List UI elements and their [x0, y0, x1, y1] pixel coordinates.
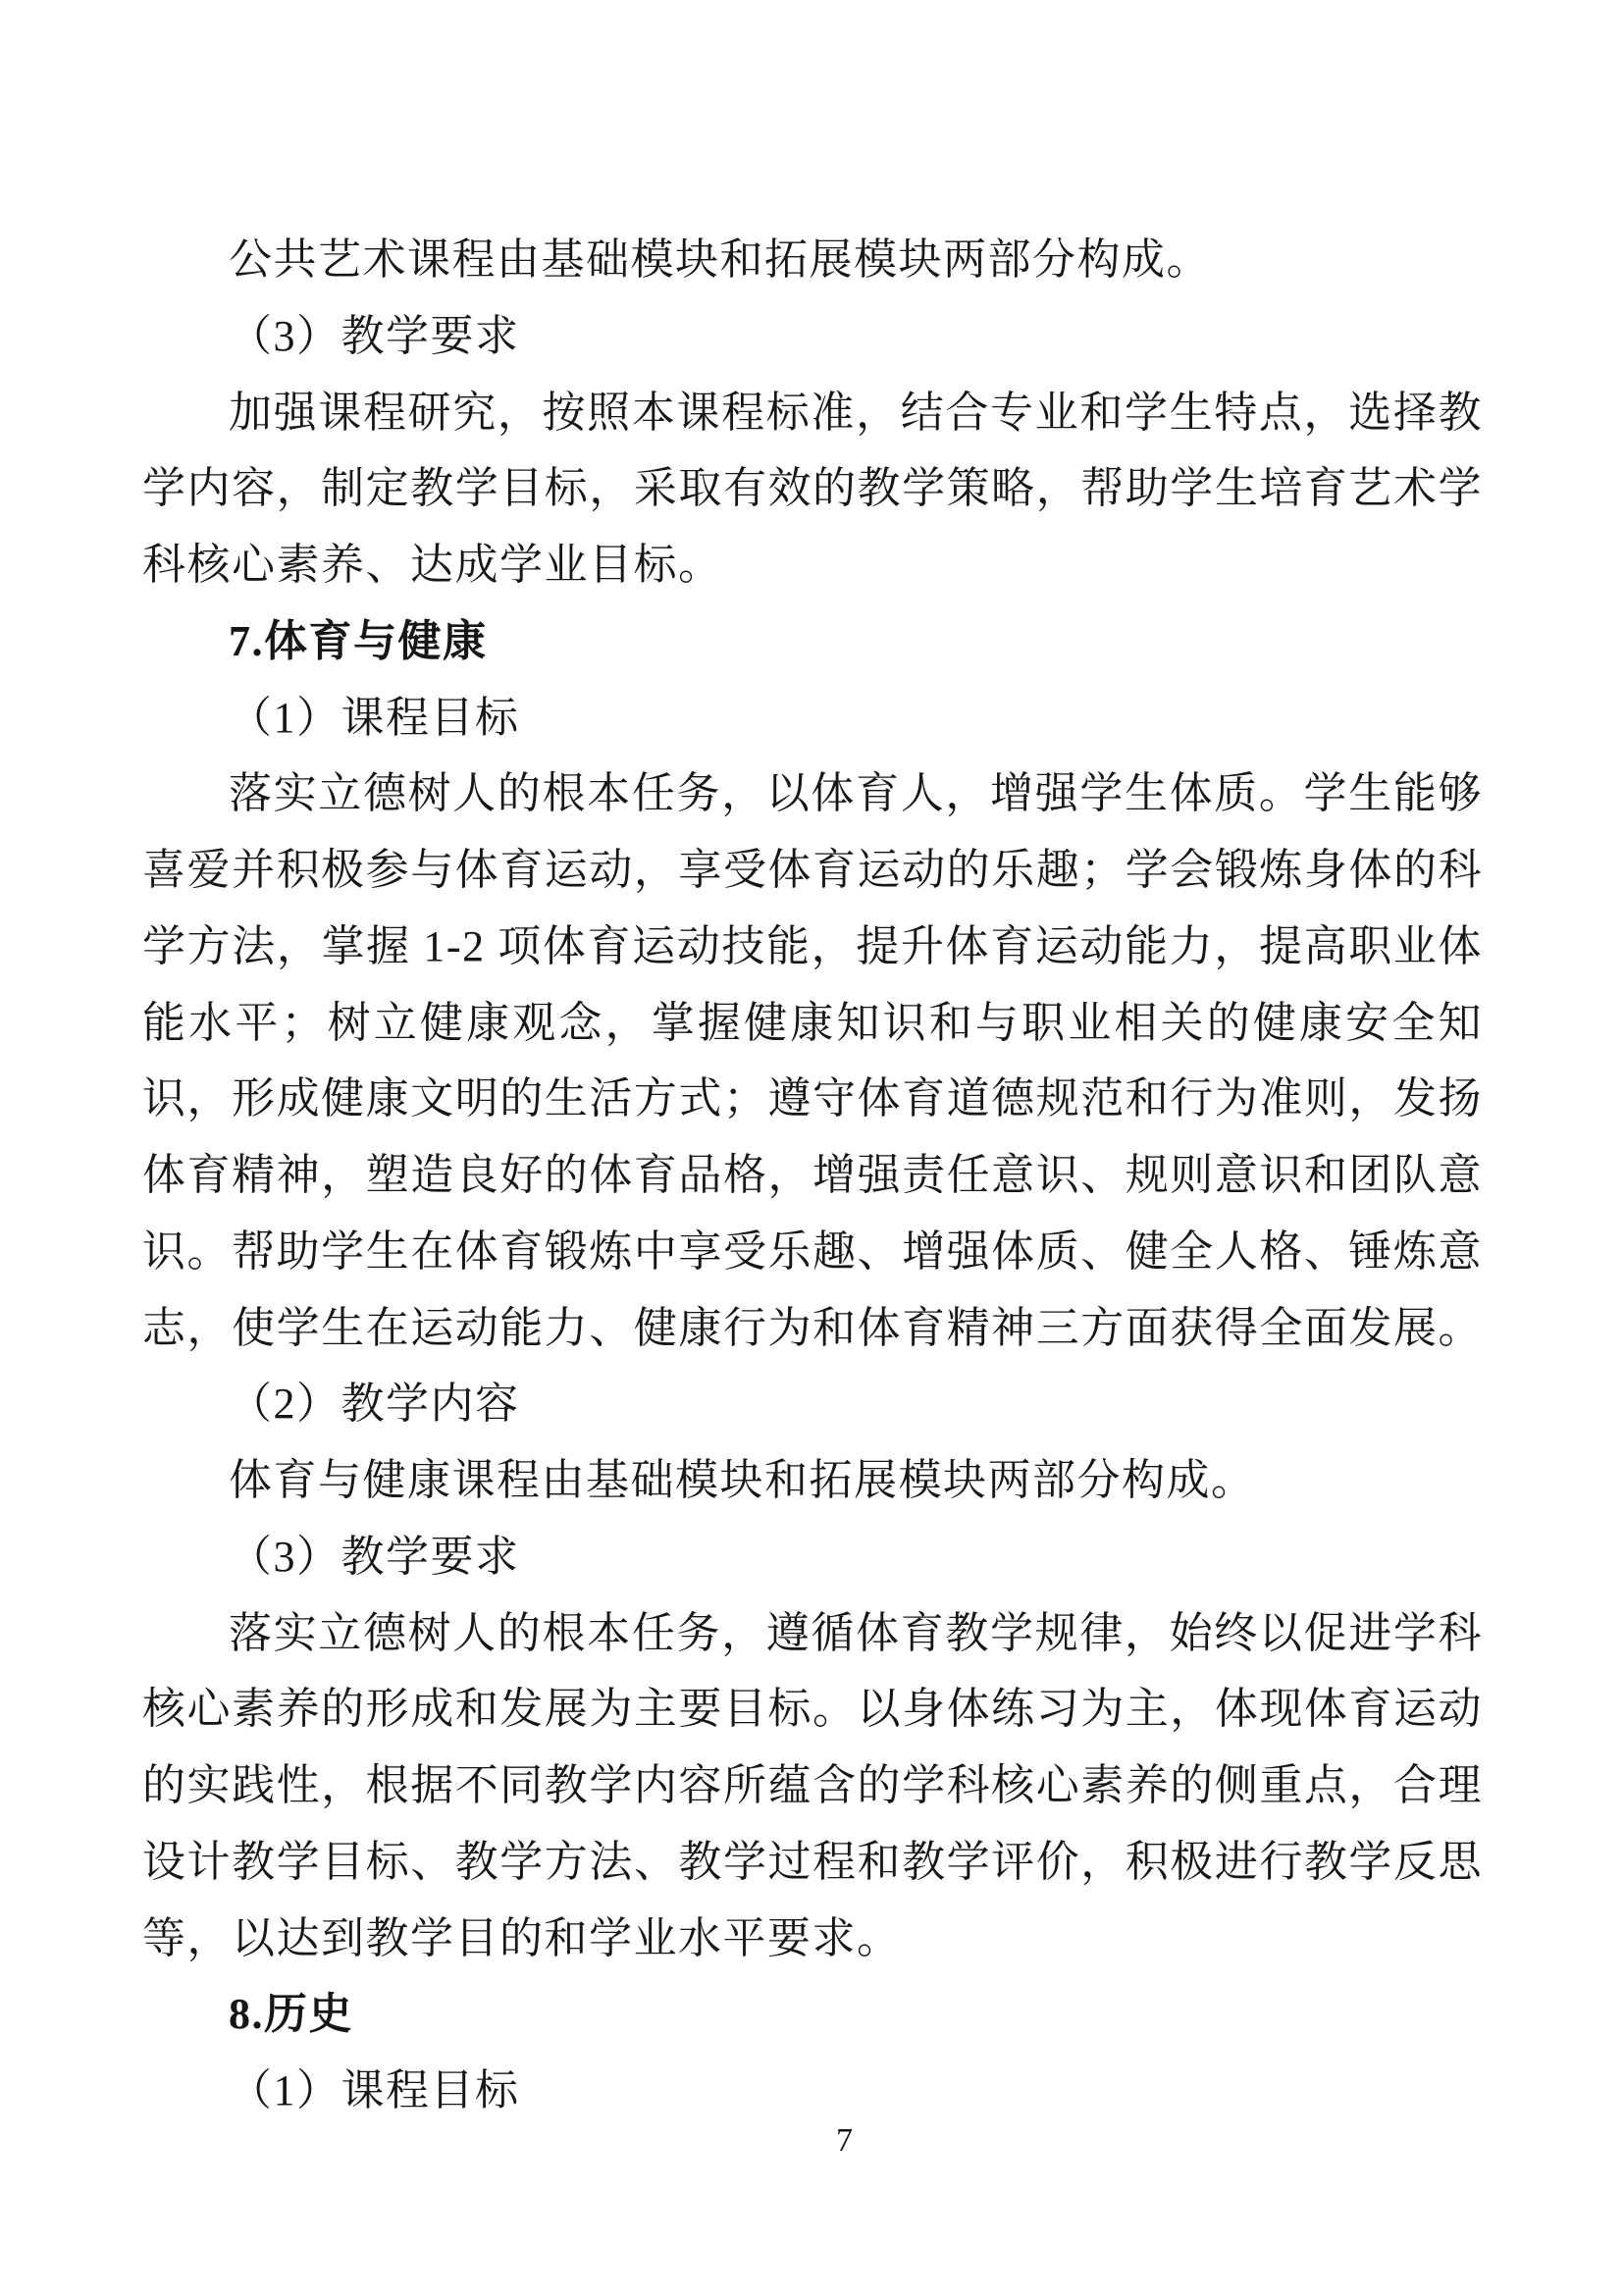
paragraph-line: 设计教学目标、教学方法、教学过程和教学评价，积极进行教学反思	[142, 1824, 1483, 1901]
paragraph-line: 核心素养的形成和发展为主要目标。以身体练习为主，体现体育运动	[142, 1671, 1483, 1747]
paragraph-line: 识。帮助学生在体育锻炼中享受乐趣、增强体质、健全人格、锤炼意	[142, 1214, 1483, 1290]
paragraph-line: 体育与健康课程由基础模块和拓展模块两部分构成。	[142, 1442, 1483, 1519]
list-item-label: （1）课程目标	[142, 680, 1483, 756]
paragraph-line: 体育精神，塑造良好的体育品格，增强责任意识、规则意识和团队意	[142, 1137, 1483, 1214]
paragraph-line: 等，以达到教学目的和学业水平要求。	[142, 1901, 1483, 1977]
paragraph-line: 喜爱并积极参与体育运动，享受体育运动的乐趣；学会锻炼身体的科	[142, 832, 1483, 909]
paragraph-line: 能水平；树立健康观念，掌握健康知识和与职业相关的健康安全知	[142, 985, 1483, 1062]
paragraph-line: 识，形成健康文明的生活方式；遵守体育道德规范和行为准则，发扬	[142, 1061, 1483, 1137]
list-item-label: （3）教学要求	[142, 298, 1483, 375]
paragraph-line: 的实践性，根据不同教学内容所蕴含的学科核心素养的侧重点，合理	[142, 1747, 1483, 1824]
paragraph-line: 学方法，掌握 1-2 项体育运动技能，提升体育运动能力，提高职业体	[142, 909, 1483, 985]
page-body-text: 公共艺术课程由基础模块和拓展模块两部分构成。 （3）教学要求 加强课程研究，按照…	[142, 222, 1483, 2129]
paragraph-line: 加强课程研究，按照本课程标准，结合专业和学生特点，选择教	[142, 375, 1483, 451]
paragraph-line: 公共艺术课程由基础模块和拓展模块两部分构成。	[142, 222, 1483, 298]
page-number: 7	[0, 2117, 1624, 2165]
document-page: 公共艺术课程由基础模块和拓展模块两部分构成。 （3）教学要求 加强课程研究，按照…	[0, 0, 1624, 2295]
paragraph-line: 落实立德树人的根本任务，遵循体育教学规律，始终以促进学科	[142, 1595, 1483, 1672]
paragraph-line: 学内容，制定教学目标，采取有效的教学策略，帮助学生培育艺术学	[142, 450, 1483, 527]
section-heading: 8.历史	[142, 1976, 1483, 2053]
section-heading: 7.体育与健康	[142, 603, 1483, 680]
list-item-label: （2）教学内容	[142, 1366, 1483, 1442]
paragraph-line: 科核心素养、达成学业目标。	[142, 527, 1483, 603]
paragraph-line: 志，使学生在运动能力、健康行为和体育精神三方面获得全面发展。	[142, 1290, 1483, 1367]
list-item-label: （3）教学要求	[142, 1519, 1483, 1595]
paragraph-line: 落实立德树人的根本任务，以体育人，增强学生体质。学生能够	[142, 756, 1483, 832]
